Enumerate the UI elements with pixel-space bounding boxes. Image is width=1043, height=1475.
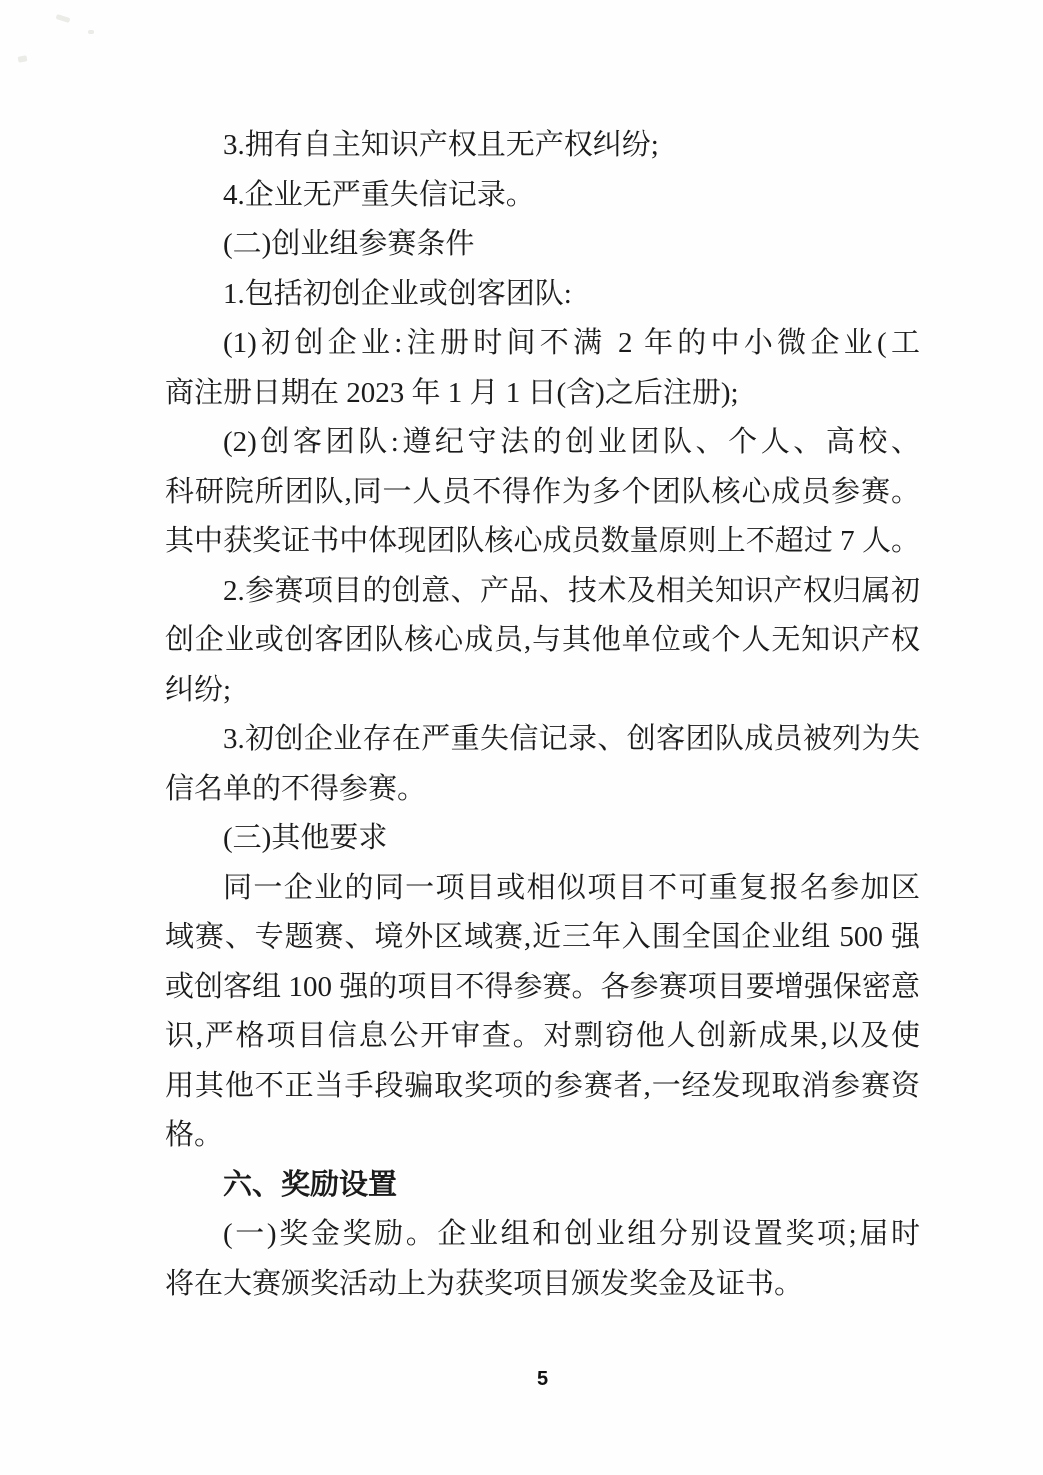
text-line: 格。 (165, 1111, 920, 1161)
text-line: (二)创业组参赛条件 (165, 220, 920, 270)
text-line: 识,严格项目信息公开审查。对剽窃他人创新成果,以及使 (165, 1012, 920, 1062)
text-line: (1)初创企业:注册时间不满 2 年的中小微企业(工 (165, 319, 920, 369)
scan-artifact (56, 14, 71, 23)
text-line: 3.拥有自主知识产权且无产权纠纷; (165, 121, 920, 171)
text-line: 纠纷; (165, 666, 920, 716)
scan-artifact (88, 30, 94, 34)
text-line: 3.初创企业存在严重失信记录、创客团队成员被列为失 (165, 715, 920, 765)
text-line: 六、奖励设置 (165, 1161, 920, 1211)
text-line: 其中获奖证书中体现团队核心成员数量原则上不超过 7 人。 (165, 517, 920, 567)
text-line: 域赛、专题赛、境外区域赛,近三年入围全国企业组 500 强 (165, 913, 920, 963)
text-line: 4.企业无严重失信记录。 (165, 171, 920, 221)
page-number: 5 (165, 1368, 920, 1391)
document-page: 3.拥有自主知识产权且无产权纠纷;4.企业无严重失信记录。(二)创业组参赛条件1… (0, 0, 1043, 1475)
text-line: 科研院所团队,同一人员不得作为多个团队核心成员参赛。 (165, 468, 920, 518)
text-line: 或创客组 100 强的项目不得参赛。各参赛项目要增强保密意 (165, 963, 920, 1013)
text-line: 信名单的不得参赛。 (165, 765, 920, 815)
text-line: 同一企业的同一项目或相似项目不可重复报名参加区 (165, 864, 920, 914)
text-line: (一)奖金奖励。企业组和创业组分别设置奖项;届时 (165, 1210, 920, 1260)
scan-artifact (18, 55, 28, 62)
text-line: 2.参赛项目的创意、产品、技术及相关知识产权归属初 (165, 567, 920, 617)
text-line: 用其他不正当手段骗取奖项的参赛者,一经发现取消参赛资 (165, 1062, 920, 1112)
text-line: (2)创客团队:遵纪守法的创业团队、个人、高校、 (165, 418, 920, 468)
text-line: 1.包括初创企业或创客团队: (165, 270, 920, 320)
text-line: 将在大赛颁奖活动上为获奖项目颁发奖金及证书。 (165, 1260, 920, 1310)
text-line: 商注册日期在 2023 年 1 月 1 日(含)之后注册); (165, 369, 920, 419)
text-line: 创企业或创客团队核心成员,与其他单位或个人无知识产权 (165, 616, 920, 666)
document-lines: 3.拥有自主知识产权且无产权纠纷;4.企业无严重失信记录。(二)创业组参赛条件1… (165, 121, 920, 1309)
text-line: (三)其他要求 (165, 814, 920, 864)
